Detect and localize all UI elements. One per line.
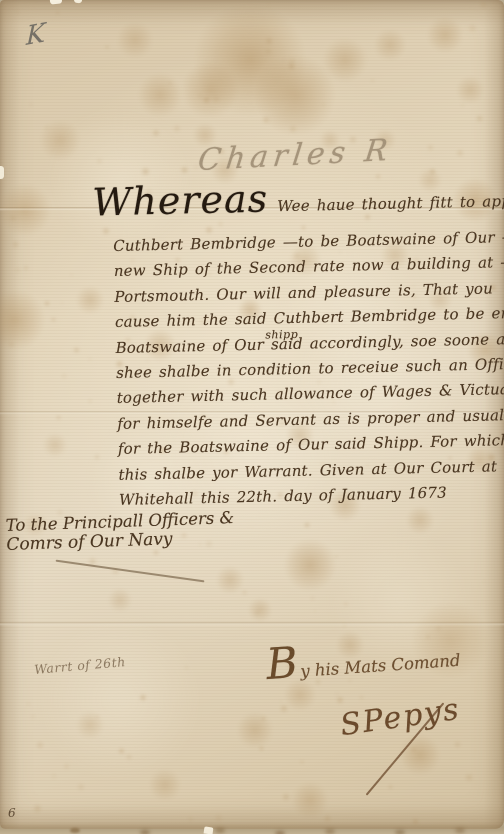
manuscript-line-text: this shalbe yor Warrant. Given at Our Co… bbox=[118, 457, 497, 484]
paper-edge-tear bbox=[50, 0, 63, 5]
manuscript-line-text: Wee haue thought fitt to appoint bbox=[277, 188, 504, 219]
manuscript-line-text: Portsmouth. Our will and pleasure is, Th… bbox=[114, 279, 493, 306]
docket-note: Warrt of 26th bbox=[34, 654, 127, 677]
paper-edge-tear bbox=[204, 826, 214, 834]
manuscript-line-text: together with such allowance of Wages & … bbox=[117, 380, 504, 407]
manuscript-body: Whereas Wee haue thought fitt to appoint… bbox=[112, 181, 499, 513]
bottom-corner-mark: 6 bbox=[8, 806, 16, 820]
deckle-edge-spots bbox=[70, 828, 80, 833]
scanned-warrant-document: K Charles R Whereas Wee haue thought fit… bbox=[0, 0, 504, 834]
manuscript-line-text: Whitehall this 22th. day of January 1673 bbox=[119, 484, 447, 509]
pepys-signature: SPepys bbox=[338, 692, 462, 743]
paper-edge-tear bbox=[0, 166, 4, 179]
manuscript-line-text: shee shalbe in condition to receiue such… bbox=[116, 355, 504, 382]
interlined-correction: shipp bbox=[265, 321, 298, 347]
fold-crease bbox=[0, 622, 504, 626]
command-attestation: By his Mats Comand bbox=[265, 624, 503, 690]
pencil-corner-mark: K bbox=[26, 18, 46, 52]
royal-signature-charles-r: Charles R bbox=[196, 133, 394, 178]
paper-edge-tear bbox=[74, 0, 82, 3]
opening-word: Whereas bbox=[92, 186, 268, 215]
address-block: To the Principall Officers & Comrs of Ou… bbox=[5, 508, 235, 555]
manuscript-paper: K Charles R Whereas Wee haue thought fit… bbox=[0, 0, 504, 829]
pen-flourish bbox=[56, 560, 205, 583]
